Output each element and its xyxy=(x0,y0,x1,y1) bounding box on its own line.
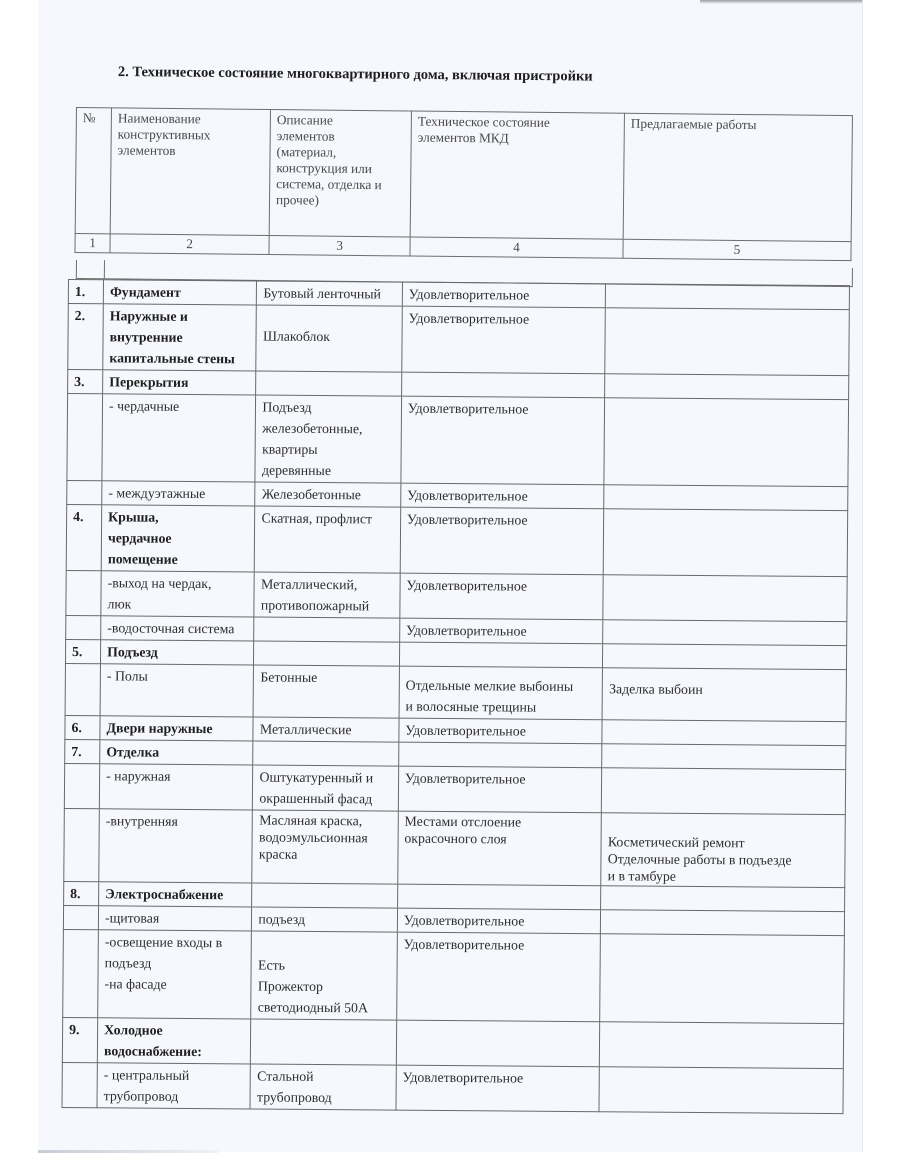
proposed-works xyxy=(606,284,850,310)
element-name: Холодное водоснабжение: xyxy=(97,1018,251,1064)
technical-state: Удовлетворительное xyxy=(399,718,603,744)
technical-state xyxy=(399,742,603,768)
row-number xyxy=(63,905,98,929)
table-row: - ПолыБетонныеОтдельные мелкие выбоины и… xyxy=(65,663,846,721)
proposed-works xyxy=(603,575,847,622)
technical-state: Удовлетворительное xyxy=(401,396,605,485)
element-description xyxy=(253,741,399,766)
row-number xyxy=(66,570,101,615)
proposed-works xyxy=(604,485,848,511)
technical-state: Удовлетворительное xyxy=(401,483,605,509)
proposed-works xyxy=(603,644,847,670)
element-description: Подъезд железобетонные, квартиры деревян… xyxy=(255,395,401,483)
proposed-works xyxy=(599,1067,843,1114)
element-name: Двери наружные xyxy=(100,716,254,741)
element-name: - Полы xyxy=(100,664,254,717)
technical-state: Отдельные мелкие выбоины и волосяные тре… xyxy=(399,666,603,720)
header-technical-state: Техническое состояние элементов МКД xyxy=(410,111,624,239)
proposed-works xyxy=(601,886,845,912)
element-name: Наружные и внутренние капитальные стены xyxy=(103,304,257,371)
element-name: - центральный трубопровод xyxy=(97,1063,251,1109)
element-name: - наружная xyxy=(99,764,253,810)
technical-state: Удовлетворительное xyxy=(402,306,606,374)
row-number xyxy=(64,808,100,881)
header-number: № xyxy=(75,108,111,234)
table-row: 9.Холодное водоснабжение: xyxy=(62,1017,843,1068)
row-number xyxy=(62,1062,97,1107)
technical-state xyxy=(396,1020,600,1067)
element-description: Оштукатуренный и окрашенный фасад xyxy=(253,765,399,811)
proposed-works xyxy=(602,744,846,770)
element-name: Крыша, чердачное помещение xyxy=(101,505,255,572)
element-name: Фундамент xyxy=(103,280,257,305)
technical-state: Удовлетворительное xyxy=(400,507,604,575)
element-name: Подъезд xyxy=(101,640,255,665)
page-edge-shadow-bottom xyxy=(38,1150,218,1153)
element-description xyxy=(254,641,400,666)
element-description: Есть Прожектор светодиодный 50А xyxy=(251,931,397,1020)
technical-state xyxy=(401,372,605,398)
technical-state: Удовлетворительное xyxy=(400,573,604,620)
technical-state: Удовлетворительное xyxy=(397,932,601,1022)
technical-state xyxy=(399,642,603,668)
table-header: № Наименование конструктивных элементов … xyxy=(74,107,852,261)
element-description: Железобетонные xyxy=(255,482,401,507)
table-row: -внутренняяМасляная краска, водоэмульсио… xyxy=(64,808,846,887)
proposed-works xyxy=(600,934,844,1024)
proposed-works xyxy=(605,374,849,400)
element-description: Бетонные xyxy=(254,665,400,718)
row-number: 6. xyxy=(65,715,100,739)
row-number xyxy=(64,763,99,808)
element-description: Масляная краска, водоэмульсионная краска xyxy=(252,810,398,884)
table-row: 2.Наружные и внутренние капитальные стен… xyxy=(68,304,849,376)
element-name: -внутренняя xyxy=(99,809,253,883)
table-row: -освещение входы в подъезд -на фасаде Ес… xyxy=(63,929,845,1023)
element-name: -выход на чердак, люк xyxy=(101,571,255,617)
technical-state-table: 1.ФундаментБутовый ленточныйУдовлетворит… xyxy=(61,279,849,1114)
row-number xyxy=(67,480,102,504)
element-description: Бутовый ленточный xyxy=(257,281,403,306)
technical-state: Удовлетворительное xyxy=(396,1065,600,1112)
proposed-works xyxy=(603,620,847,646)
proposed-works xyxy=(601,910,845,936)
table-row: -выход на чердак, люкМеталлический, прот… xyxy=(66,570,847,621)
element-description xyxy=(251,1019,397,1065)
element-description: Металлический, противопожарный xyxy=(254,572,400,618)
row-number: 2. xyxy=(68,304,104,370)
element-name: - междуэтажные xyxy=(102,481,256,506)
row-number xyxy=(65,663,100,715)
technical-state: Местами отслоение окрасочного слоя xyxy=(398,811,602,886)
header-element-description: Описание элементов (материал, конструкци… xyxy=(269,110,411,237)
table-row: - чердачныеПодъезд железобетонные, кварт… xyxy=(67,394,849,487)
element-description: Металлические xyxy=(253,717,399,742)
element-name: Электроснабжение xyxy=(99,882,253,907)
table-row: - наружнаяОштукатуренный и окрашенный фа… xyxy=(64,763,845,814)
element-description: Стальной трубопровод xyxy=(250,1064,396,1110)
element-name: -освещение входы в подъезд -на фасаде xyxy=(98,930,252,1019)
table-row: - центральный трубопроводСтальной трубоп… xyxy=(62,1062,843,1113)
element-description: подъезд xyxy=(252,907,398,932)
proposed-works xyxy=(604,398,848,487)
table-row: 4.Крыша, чердачное помещениеСкатная, про… xyxy=(66,504,847,576)
element-name: Отделка xyxy=(100,740,254,765)
row-number xyxy=(66,615,101,639)
row-number: 1. xyxy=(68,280,103,304)
proposed-works: Косметический ремонт Отделочные работы в… xyxy=(601,813,845,888)
row-number: 7. xyxy=(65,739,100,763)
column-number: 2 xyxy=(110,234,269,255)
proposed-works xyxy=(602,720,846,746)
row-number: 4. xyxy=(66,504,102,570)
proposed-works: Заделка выбоин xyxy=(602,668,846,722)
technical-state: Удовлетворительное xyxy=(399,618,603,644)
element-description xyxy=(252,883,398,908)
column-number: 4 xyxy=(410,237,623,258)
technical-state: Удовлетворительное xyxy=(402,282,606,308)
element-name: -водосточная система xyxy=(101,616,255,641)
proposed-works xyxy=(600,1022,844,1069)
column-number: 3 xyxy=(269,236,410,256)
column-number: 5 xyxy=(623,239,851,260)
header-proposed-works: Предлагаемые работы xyxy=(623,113,852,241)
row-number: 9. xyxy=(62,1017,97,1062)
technical-state: Удовлетворительное xyxy=(398,766,602,813)
element-name: -щитовая xyxy=(98,906,252,931)
row-number xyxy=(67,394,103,481)
row-number xyxy=(63,929,99,1017)
technical-state xyxy=(397,884,601,910)
proposed-works xyxy=(605,308,849,376)
technical-state: Удовлетворительное xyxy=(397,908,601,934)
element-description: Шлакоблок xyxy=(256,305,402,372)
row-number: 3. xyxy=(68,370,103,394)
page-edge-shadow xyxy=(700,0,862,4)
element-description xyxy=(256,371,402,396)
header-element-name: Наименование конструктивных элементов xyxy=(110,108,270,236)
row-number: 5. xyxy=(65,639,100,663)
column-number: 1 xyxy=(75,233,110,252)
element-name: Перекрытия xyxy=(103,370,257,395)
element-description: Скатная, профлист xyxy=(255,506,401,573)
proposed-works xyxy=(604,509,848,577)
element-name: - чердачные xyxy=(102,394,256,482)
row-number: 8. xyxy=(64,881,99,905)
proposed-works xyxy=(602,768,846,815)
element-description xyxy=(254,617,400,642)
